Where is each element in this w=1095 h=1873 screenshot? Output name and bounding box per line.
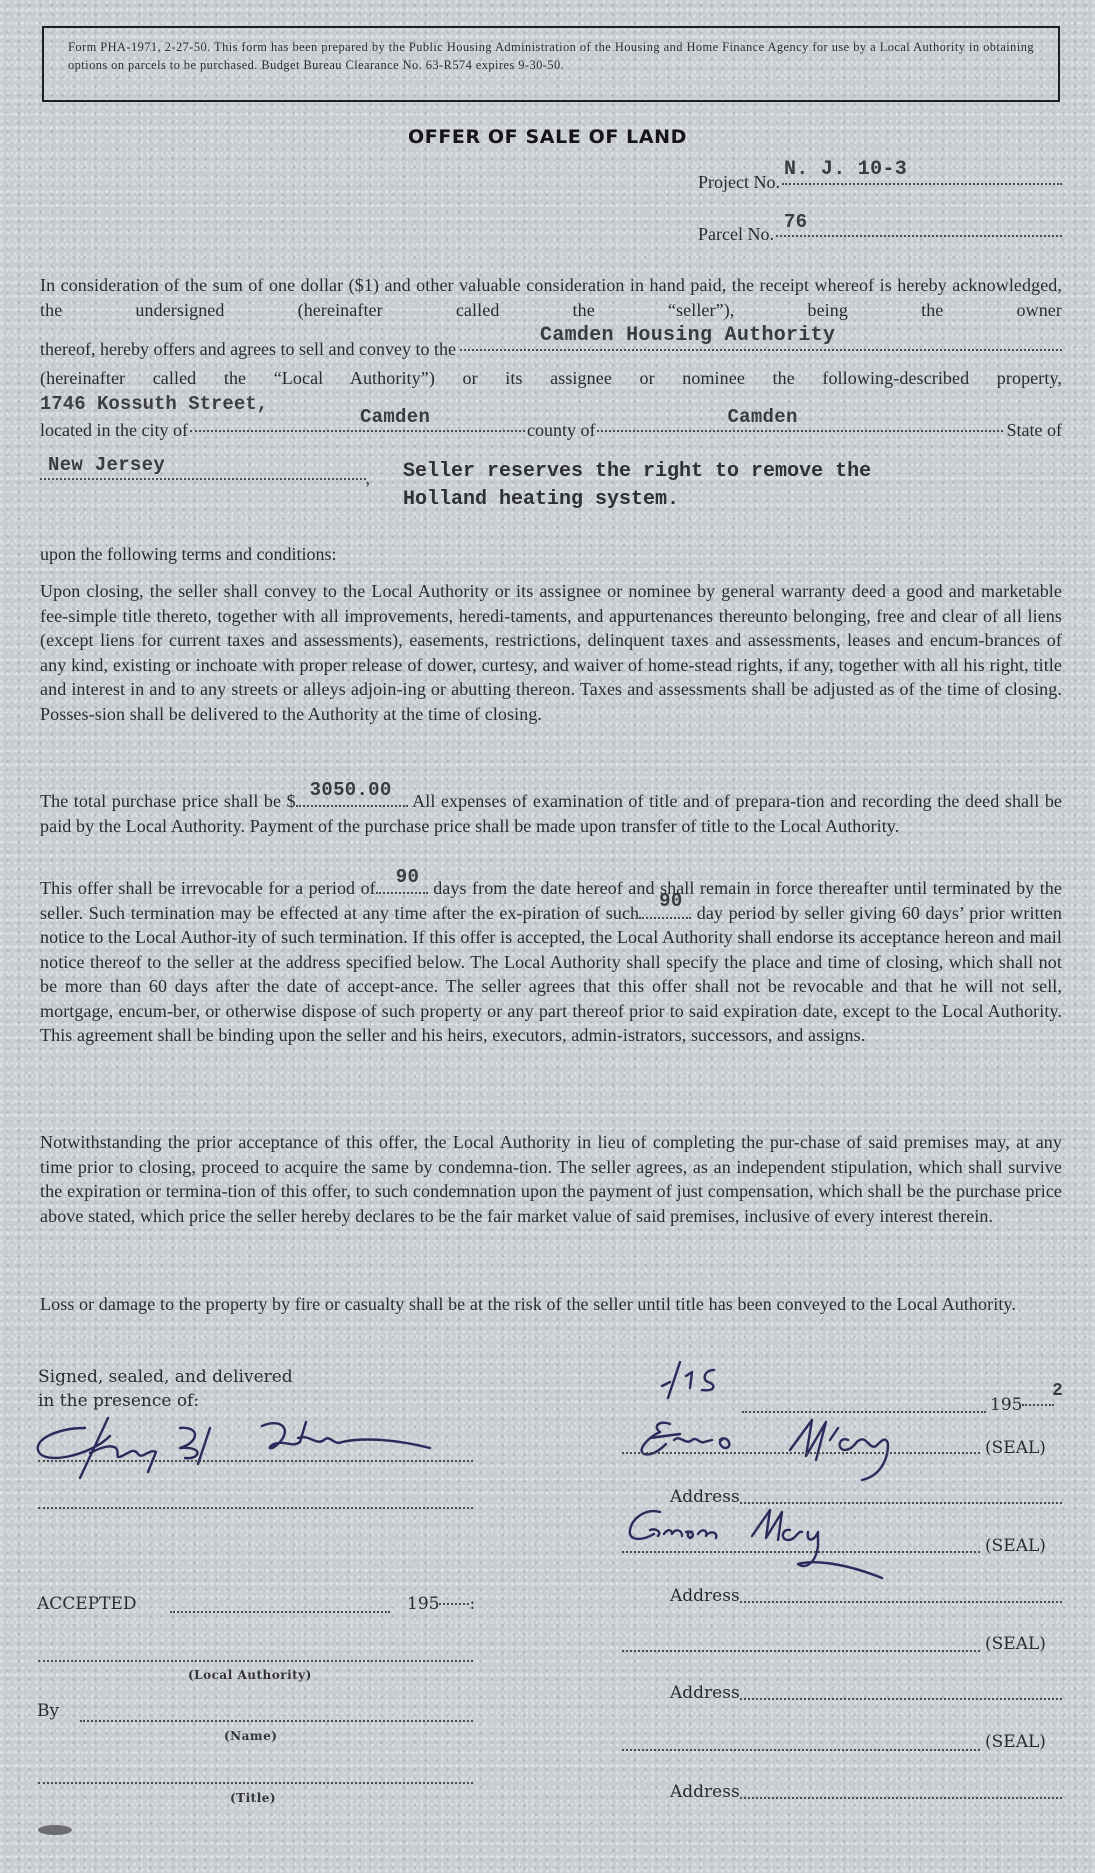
- city-label: located in the city of: [40, 420, 188, 441]
- seller-signature-line-3[interactable]: [622, 1650, 980, 1652]
- seller-seal-4: (SEAL): [985, 1732, 1046, 1752]
- period-days-field[interactable]: 90: [639, 903, 691, 919]
- parcel-number-field[interactable]: Parcel No. 76: [698, 224, 1062, 245]
- seller-signature-line-1[interactable]: [622, 1452, 980, 1454]
- by-name-field[interactable]: [80, 1720, 473, 1722]
- property-address: 1746 Kossuth Street,: [40, 393, 268, 415]
- project-value: N. J. 10-3: [784, 158, 907, 181]
- loss-text: Loss or damage to the property by fire o…: [40, 1292, 1062, 1317]
- period-days-value: 90: [659, 889, 682, 914]
- title-field[interactable]: [38, 1782, 473, 1784]
- by-label: By: [37, 1701, 59, 1721]
- price-paragraph: The total purchase price shall be $3050.…: [40, 789, 1062, 838]
- irrevocable-days-value: 90: [396, 865, 419, 890]
- seller-seal-2: (SEAL): [985, 1536, 1046, 1556]
- offer-of-sale-document: Form PHA-1971, 2-27-50. This form has be…: [0, 0, 1095, 1873]
- witness-label-1: Signed, sealed, and delivered: [38, 1367, 293, 1387]
- irrevocable-prefix: This offer shall be irrevocable for a pe…: [40, 878, 376, 898]
- date-handwritten: [650, 1358, 770, 1403]
- irrevocable-rest: day period by seller giving 60 days’ pri…: [40, 903, 1062, 1046]
- irrevocable-days-field[interactable]: 90: [376, 878, 428, 894]
- witness-signature: [30, 1408, 490, 1488]
- city-value: Camden: [360, 406, 430, 428]
- project-number-field[interactable]: Project No. N. J. 10-3: [698, 172, 1062, 193]
- terms-intro: upon the following terms and conditions:: [40, 544, 1062, 565]
- price-field[interactable]: 3050.00: [296, 791, 408, 807]
- intro-paragraph: In consideration of the sum of one dolla…: [40, 273, 1062, 322]
- location-line: located in the city of Camden county of …: [40, 420, 1062, 441]
- price-value: 3050.00: [310, 778, 392, 803]
- year-digit: 2: [1052, 1381, 1063, 1401]
- seller-signature-2: [622, 1500, 982, 1590]
- loss-paragraph: Loss or damage to the property by fire o…: [40, 1292, 1062, 1317]
- form-notice-box: Form PHA-1971, 2-27-50. This form has be…: [42, 26, 1060, 102]
- buyer-value: Camden Housing Authority: [540, 324, 835, 347]
- convey-prefix: thereof, hereby offers and agrees to sel…: [40, 339, 456, 360]
- seller-signature-line-2[interactable]: [622, 1551, 980, 1553]
- seller-address-4[interactable]: Address: [670, 1782, 1062, 1802]
- price-prefix: The total purchase price shall be $: [40, 791, 296, 811]
- condemnation-paragraph: Notwithstanding the prior acceptance of …: [40, 1130, 1062, 1228]
- reservation-line-1: Seller reserves the right to remove the: [403, 460, 871, 483]
- county-label: county of: [527, 420, 595, 441]
- year-prefix: 195: [990, 1395, 1054, 1415]
- irrevocable-paragraph: This offer shall be irrevocable for a pe…: [40, 876, 1062, 1048]
- seller-signature-1: [630, 1410, 990, 1490]
- buyer-field[interactable]: Camden Housing Authority: [460, 349, 1062, 351]
- parcel-label: Parcel No.: [698, 224, 774, 245]
- project-dotted-line: N. J. 10-3: [782, 183, 1062, 185]
- title-caption: (Title): [230, 1791, 276, 1805]
- condemnation-text: Notwithstanding the prior acceptance of …: [40, 1130, 1062, 1228]
- seller-seal-3: (SEAL): [985, 1634, 1046, 1654]
- parcel-dotted-line: 76: [776, 235, 1062, 237]
- accepted-label: ACCEPTED: [37, 1594, 137, 1614]
- union-bug-icon: [38, 1825, 72, 1835]
- reservation-line-2: Holland heating system.: [403, 488, 679, 511]
- hereinafter-line: (hereinafter called the “Local Authority…: [40, 366, 1062, 391]
- state-field[interactable]: New Jersey: [40, 478, 366, 480]
- witness-signature-line-2[interactable]: [38, 1507, 473, 1509]
- parcel-value: 76: [784, 211, 807, 233]
- state-suffix: ,: [366, 468, 371, 489]
- local-authority-caption: (Local Authority): [188, 1668, 312, 1682]
- closing-paragraph: Upon closing, the seller shall convey to…: [40, 579, 1062, 727]
- convey-line: thereof, hereby offers and agrees to sel…: [40, 339, 1062, 360]
- project-label: Project No.: [698, 172, 780, 193]
- state-line: New Jersey ,: [40, 468, 370, 489]
- city-field[interactable]: Camden: [190, 430, 525, 432]
- terms-intro-text: upon the following terms and conditions:: [40, 544, 336, 565]
- accepted-year: 195:: [407, 1594, 475, 1614]
- document-title: OFFER OF SALE OF LAND: [0, 126, 1095, 148]
- county-value: Camden: [727, 406, 797, 428]
- seller-signature-line-4[interactable]: [622, 1749, 980, 1751]
- seller-address-2[interactable]: Address: [670, 1586, 1062, 1606]
- local-authority-field[interactable]: [38, 1660, 473, 1662]
- accepted-date-field[interactable]: [170, 1611, 390, 1613]
- form-notice-text: Form PHA-1971, 2-27-50. This form has be…: [68, 40, 1034, 72]
- seller-seal-1: (SEAL): [985, 1438, 1046, 1458]
- state-value: New Jersey: [48, 454, 165, 476]
- seller-address-3[interactable]: Address: [670, 1683, 1062, 1703]
- name-caption: (Name): [224, 1729, 277, 1743]
- state-label: State of: [1007, 420, 1063, 441]
- closing-text: Upon closing, the seller shall convey to…: [40, 579, 1062, 727]
- county-field[interactable]: Camden: [597, 430, 1002, 432]
